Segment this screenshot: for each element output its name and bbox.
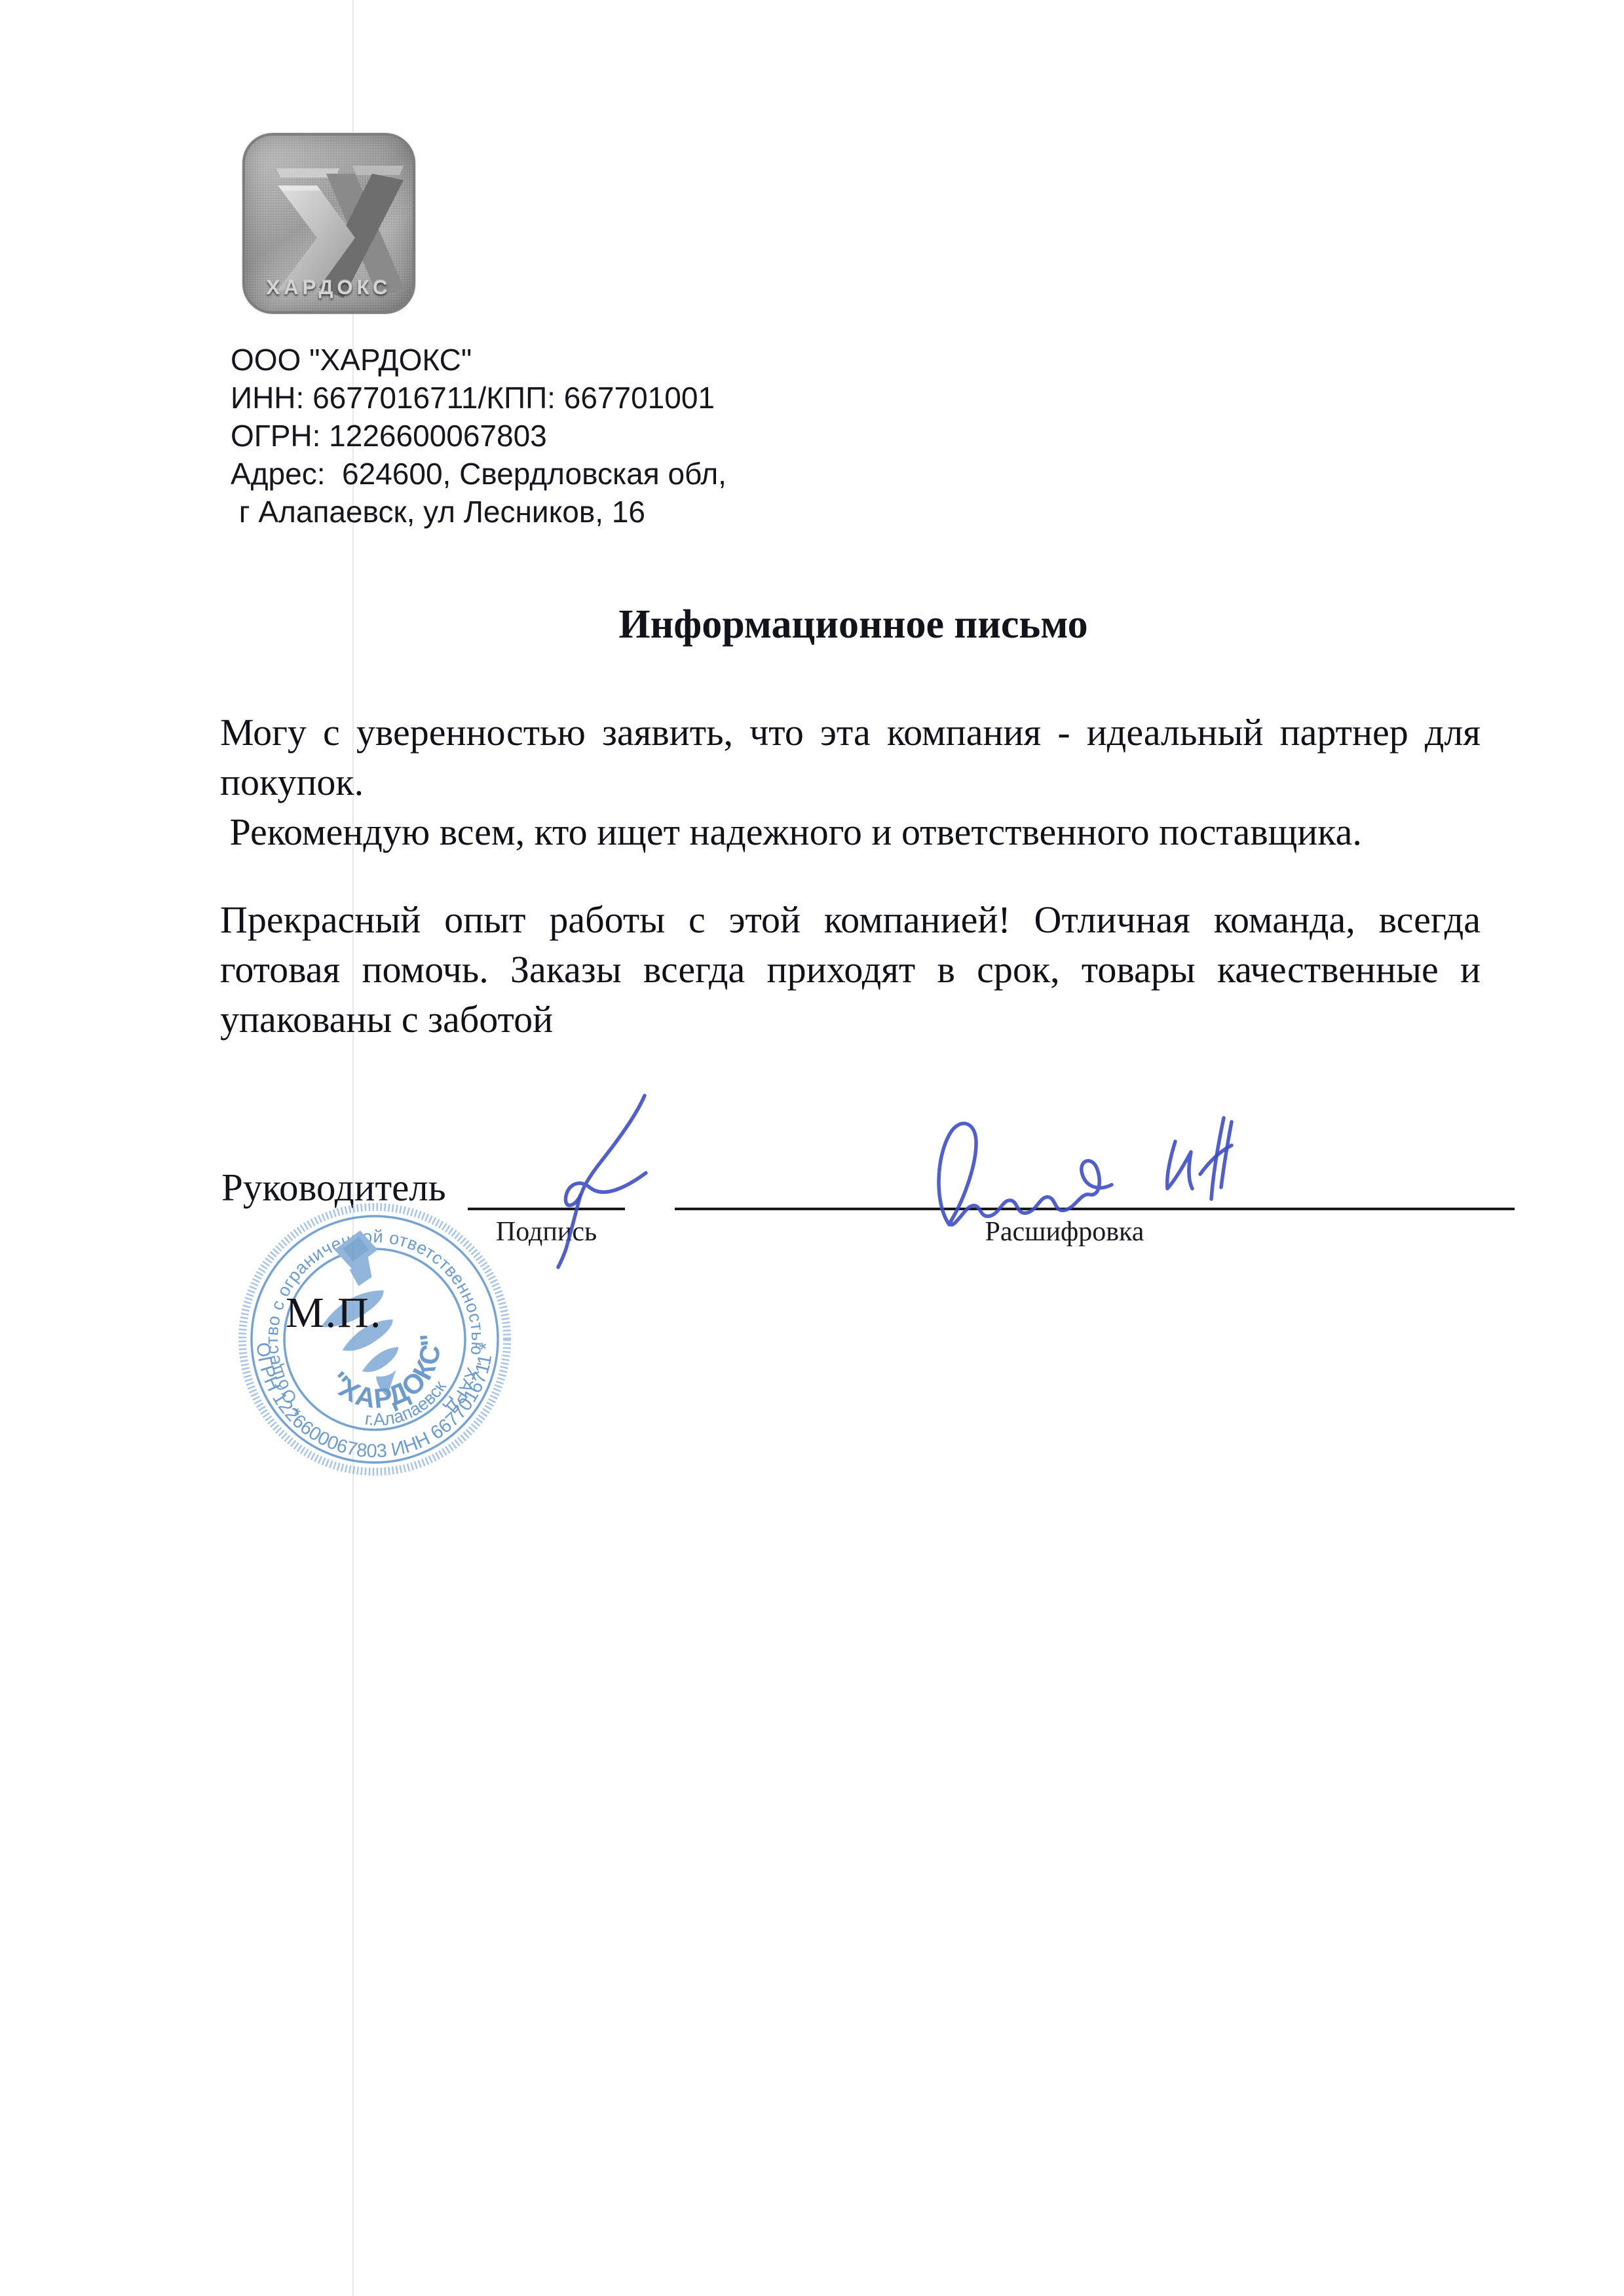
- stamp-outer-circle: [252, 1216, 498, 1463]
- paragraph-1-line-2: покупок.: [220, 757, 1481, 807]
- company-logo: ХАРДОКС: [242, 133, 415, 314]
- stamp-place-mark: М.П.: [286, 1288, 382, 1338]
- stamp-ogrn-inn-text: ОГРН 1226600067803 ИНН 6677016711 *: [252, 1341, 497, 1462]
- paragraph-2-line-2: готовая помочь. Заказы всегда приходят в…: [220, 945, 1481, 995]
- paragraph-1-line-1: Могу с уверенностью заявить, что эта ком…: [220, 708, 1481, 757]
- document-title: Информационное письмо: [223, 602, 1484, 648]
- company-ogrn: ОГРН: 1226600067803: [231, 417, 727, 455]
- paragraph-2: Прекрасный опыт работы с этой компанией!…: [220, 895, 1481, 1044]
- name-caption: Расшифровка: [675, 1216, 1454, 1248]
- paragraph-1: Могу с уверенностью заявить, что эта ком…: [220, 708, 1481, 857]
- logo-wordmark: ХАРДОКС: [242, 276, 415, 299]
- paragraph-2-line-3: упакованы с заботой: [220, 995, 1481, 1044]
- stamp-center-name: "ХАРДОКС": [319, 1322, 467, 1436]
- document-page: ХАРДОКС ООО "ХАРДОКС" ИНН: 6677016711/КП…: [0, 0, 1624, 2296]
- paragraph-1-line-3: Рекомендую всем, кто ищет надежного и от…: [220, 807, 1481, 857]
- company-info-block: ООО "ХАРДОКС" ИНН: 6677016711/КПП: 66770…: [231, 341, 727, 531]
- paragraph-2-line-1: Прекрасный опыт работы с этой компанией!…: [220, 895, 1481, 945]
- stamp-inner-circle: [284, 1249, 465, 1430]
- name-line: [675, 1208, 1515, 1210]
- stamp-center-city: г.Алапаевск: [356, 1373, 456, 1442]
- company-address-line2: г Алапаевск, ул Лесников, 16: [231, 493, 727, 531]
- signature-caption: Подпись: [468, 1216, 625, 1248]
- company-name: ООО "ХАРДОКС": [231, 341, 727, 379]
- signer-role-label: Руководитель: [221, 1165, 446, 1210]
- company-inn-kpp: ИНН: 6677016711/КПП: 667701001: [231, 379, 727, 417]
- company-address-line1: Адрес: 624600, Свердловская обл,: [231, 455, 727, 493]
- signature-line: [468, 1208, 625, 1210]
